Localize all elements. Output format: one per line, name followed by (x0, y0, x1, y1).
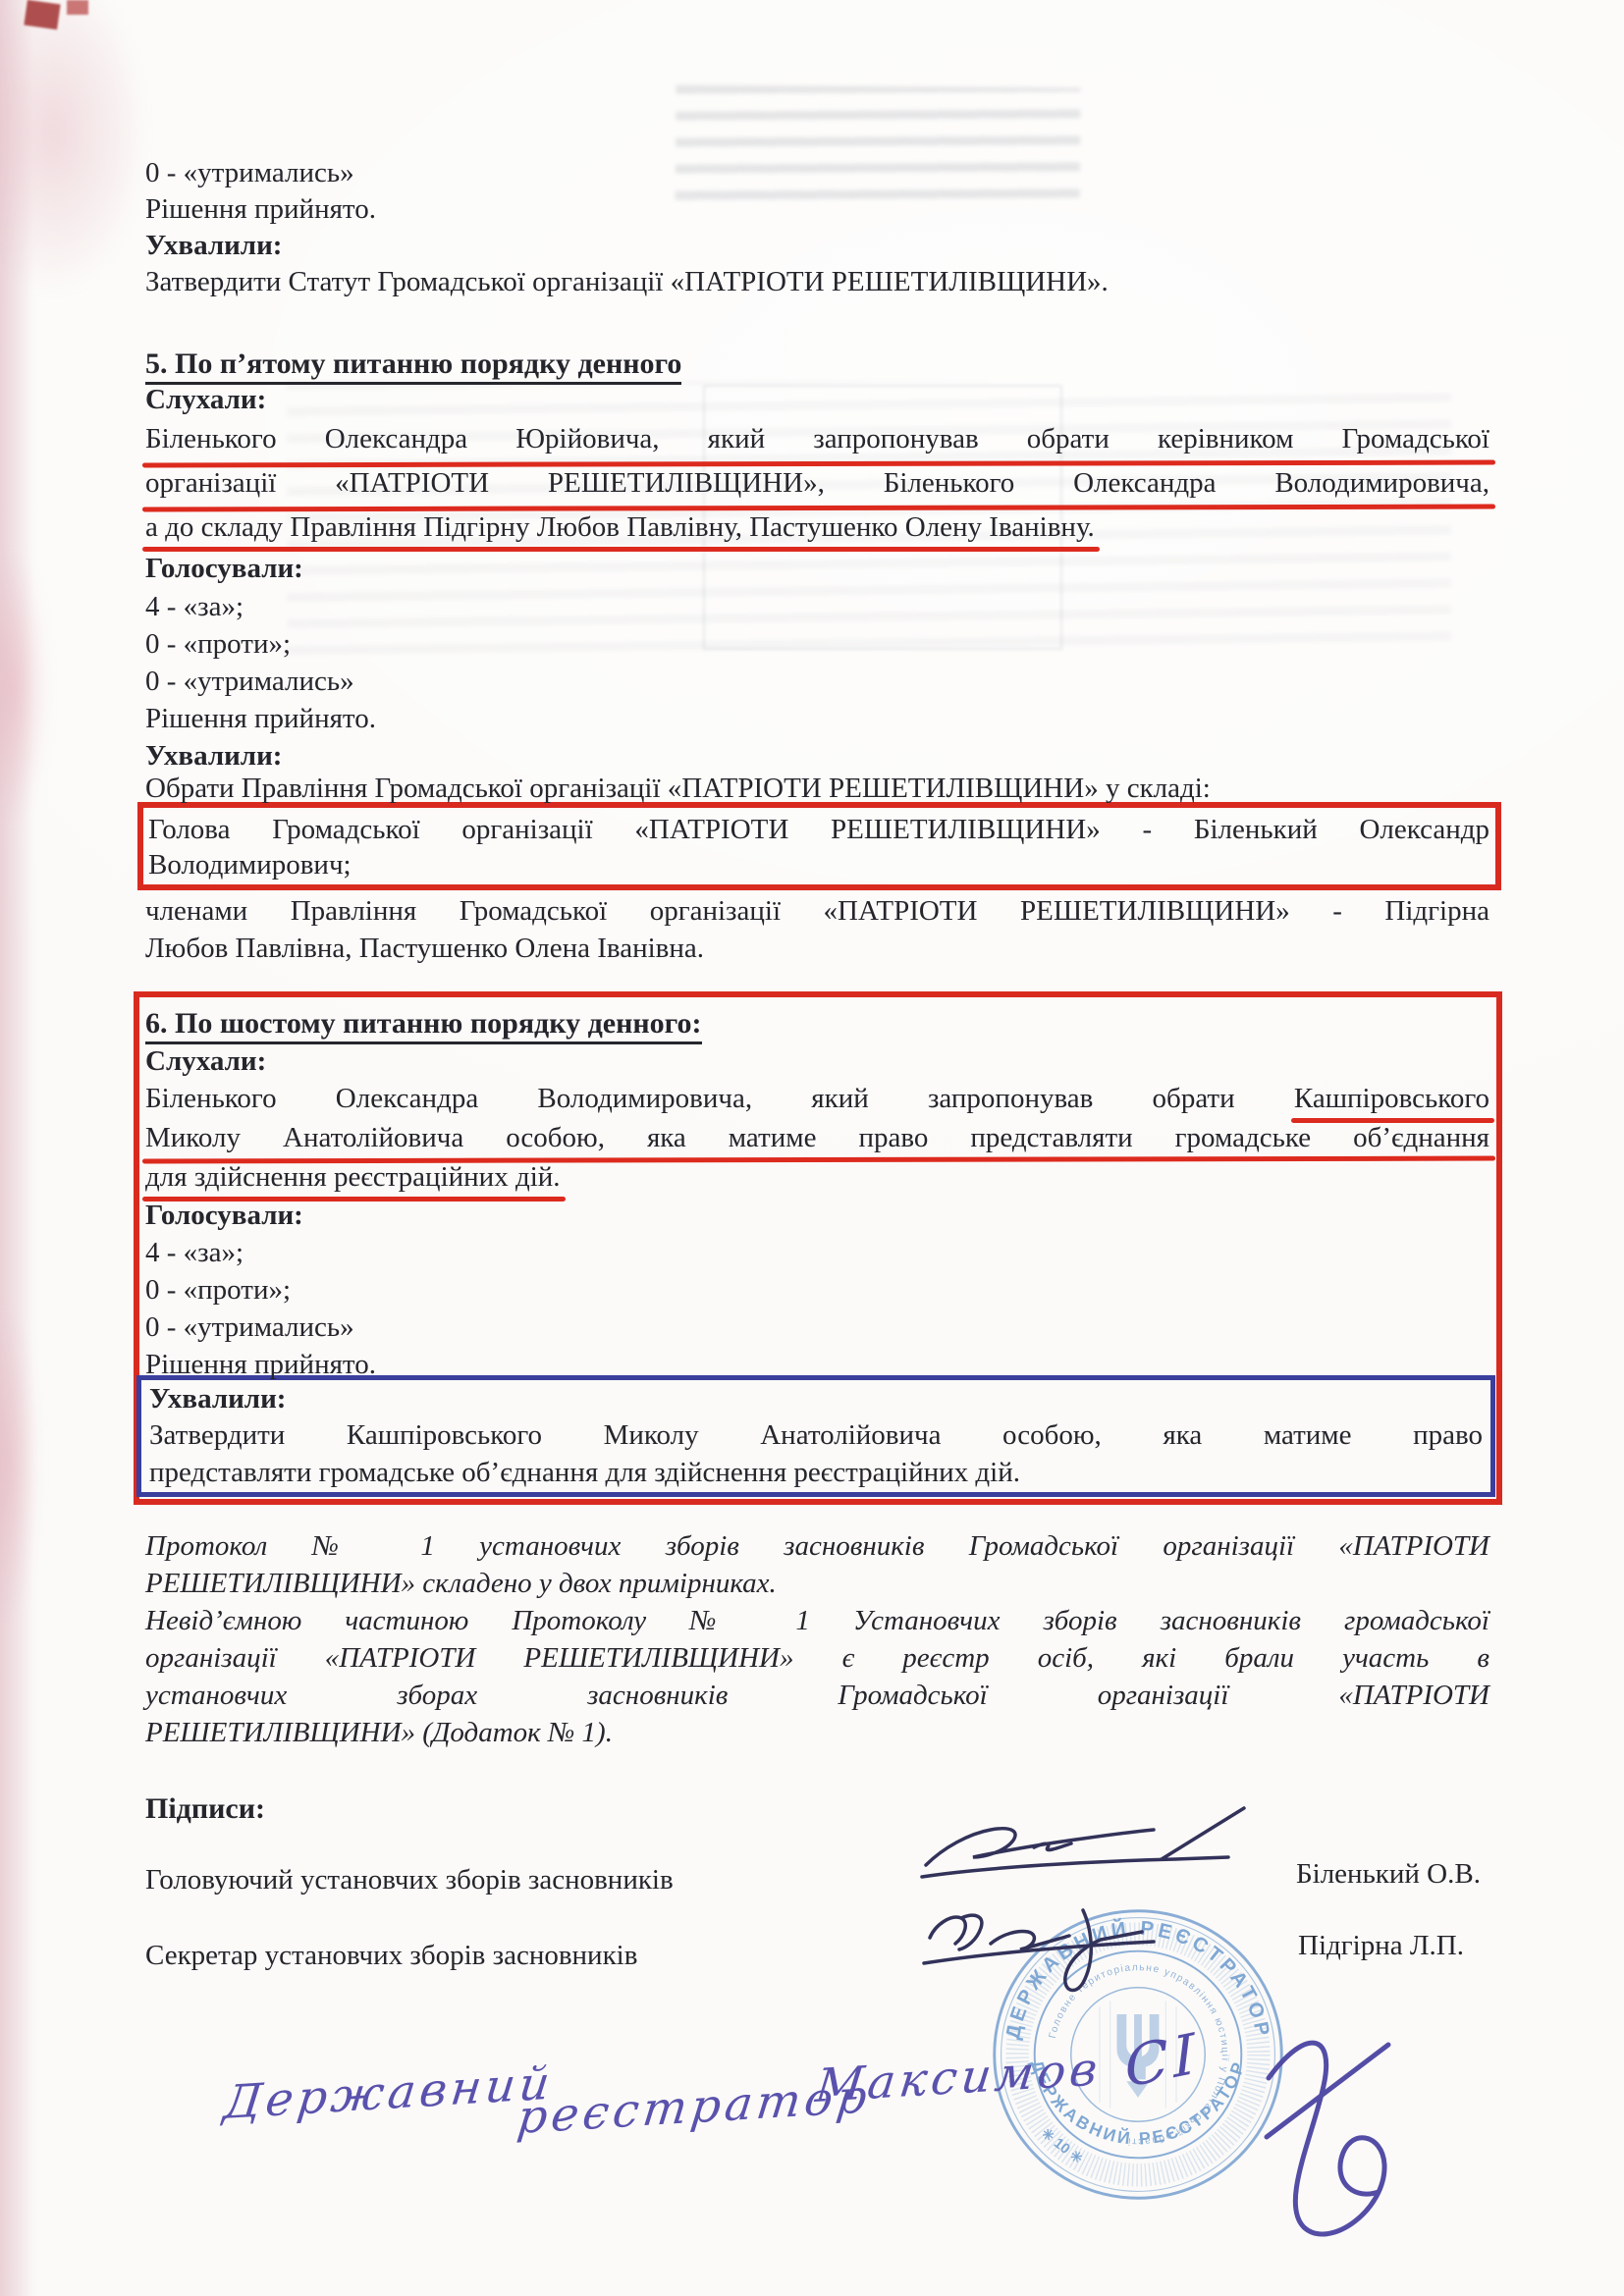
heard-line: Миколу Анатолійовича особою, яка матиме … (145, 1118, 1489, 1157)
members-line: членами Правління Громадської організаці… (145, 892, 1489, 930)
section-5-heading: 5. По п’ятому питанню порядку денного (145, 345, 1489, 383)
closing-line: Невід’ємною частиною Протоколу № 1 Устан… (145, 1602, 1489, 1639)
heard-line: Біленького Олександра Володимировича, як… (145, 1079, 1489, 1118)
heard-line: а до складу Правління Підгірну Любов Пав… (145, 506, 1489, 550)
scanned-document-page: 0 - «утримались» Рішення прийнято. Ухвал… (0, 0, 1624, 2296)
marked-name: Кашпіровського (1294, 1083, 1489, 1114)
resolution-text: Затвердити Статут Громадської організаці… (145, 264, 1489, 300)
vote-line: 4 - «за»; (145, 588, 1489, 625)
vote-line: 0 - «утримались» (145, 663, 1489, 700)
closing-line: РЕШЕТИЛІВЩИНИ» (Додаток № 1). (145, 1714, 1489, 1751)
heard-line: для здійснення реєстраційних дій. (145, 1157, 1489, 1197)
boxed-line: Голова Громадської організації «ПАТРІОТИ… (148, 812, 1489, 847)
scan-red-mark-2 (67, 0, 88, 15)
voted-label: Голосували: (145, 1197, 1489, 1234)
scan-pink-blob-low (0, 1306, 39, 1620)
members-line: Любов Павлівна, Пастушенко Олена Іванівн… (145, 930, 1489, 967)
section-5: 5. По п’ятому питанню порядку денного Сл… (145, 345, 1489, 967)
signatures-label: Підписи: (145, 1792, 265, 1826)
resolved-label: Ухвалили: (145, 737, 1489, 774)
vote-abstained-line: 0 - «утримались» (145, 155, 1489, 191)
chair-signature (918, 1804, 1252, 1902)
section-6-heard-paragraph: Біленького Олександра Володимировича, як… (145, 1079, 1489, 1197)
resolution-line: представляти громадське об’єднання для з… (149, 1454, 1483, 1491)
decision-made-line: Рішення прийнято. (145, 191, 1489, 228)
scan-pink-blob-top (0, 0, 147, 294)
section-6-votes: 4 - «за»; 0 - «проти»; 0 - «утримались» … (145, 1234, 1489, 1383)
section-5-heard-paragraph: Біленького Олександра Юрійовича, який за… (145, 417, 1489, 550)
vote-line: Рішення прийнято. (145, 700, 1489, 737)
closing-line: організації «ПАТРІОТИ РЕШЕТИЛІВЩИНИ» є р… (145, 1639, 1489, 1677)
closing-paragraph: Протокол № 1 установчих зборів засновник… (145, 1527, 1489, 1751)
board-members-lines: членами Правління Громадської організаці… (145, 892, 1489, 967)
heard-label: Слухали: (145, 383, 1489, 417)
section-6-heading: 6. По шостому питанню порядку денного: (145, 1002, 1489, 1044)
boxed-line: Володимирович; (148, 847, 1489, 882)
vote-line: 0 - «проти»; (145, 625, 1489, 663)
heard-line: організації «ПАТРІОТИ РЕШЕТИЛІВЩИНИ», Бі… (145, 461, 1489, 506)
heard-line: Біленького Олександра Юрійовича, який за… (145, 417, 1489, 461)
secretary-role-label: Секретар установчих зборів засновників (145, 1940, 637, 1972)
voted-label: Голосували: (145, 550, 1489, 588)
chair-role-label: Головуючий установчих зборів засновників (145, 1864, 674, 1896)
closing-line: РЕШЕТИЛІВЩИНИ» складено у двох примірник… (145, 1565, 1489, 1602)
section-5-votes: 4 - «за»; 0 - «проти»; 0 - «утримались» … (145, 588, 1489, 737)
scan-edge-tint (0, 0, 33, 2296)
resolved-label: Ухвалили: (145, 228, 1489, 264)
chair-name: Біленький О.В. (1296, 1858, 1481, 1891)
blue-annotation-box-resolution: Ухвалили: Затвердити Кашпіровського Мико… (136, 1375, 1495, 1497)
resolved-label: Ухвалили: (149, 1382, 1483, 1416)
registrar-signature (1239, 2017, 1475, 2274)
red-annotation-box-chair: Голова Громадської організації «ПАТРІОТИ… (137, 802, 1501, 890)
secretary-name: Підгірна Л.П. (1298, 1930, 1464, 1962)
resolution-line: Затвердити Кашпіровського Миколу Анатолі… (149, 1416, 1483, 1454)
previous-resolution-block: 0 - «утримались» Рішення прийнято. Ухвал… (145, 155, 1489, 300)
scan-red-mark-1 (24, 0, 60, 29)
scan-pink-blob-mid (0, 550, 47, 825)
vote-line: 4 - «за»; (145, 1234, 1489, 1271)
vote-line: 0 - «утримались» (145, 1308, 1489, 1346)
vote-line: 0 - «проти»; (145, 1271, 1489, 1308)
resolution-intro: Обрати Правління Громадської організації… (145, 774, 1489, 802)
vote-line: Рішення прийнято. (145, 1346, 1489, 1383)
registrar-handwriting-word: Державний (221, 2056, 557, 2130)
closing-line: Протокол № 1 установчих зборів засновник… (145, 1527, 1489, 1565)
heard-label: Слухали: (145, 1044, 1489, 1079)
red-annotation-box-section-6: 6. По шостому питанню порядку денного: С… (134, 991, 1502, 1505)
secretary-signature (918, 1893, 1173, 2002)
closing-line: установчих зборах засновників Громадсько… (145, 1677, 1489, 1714)
